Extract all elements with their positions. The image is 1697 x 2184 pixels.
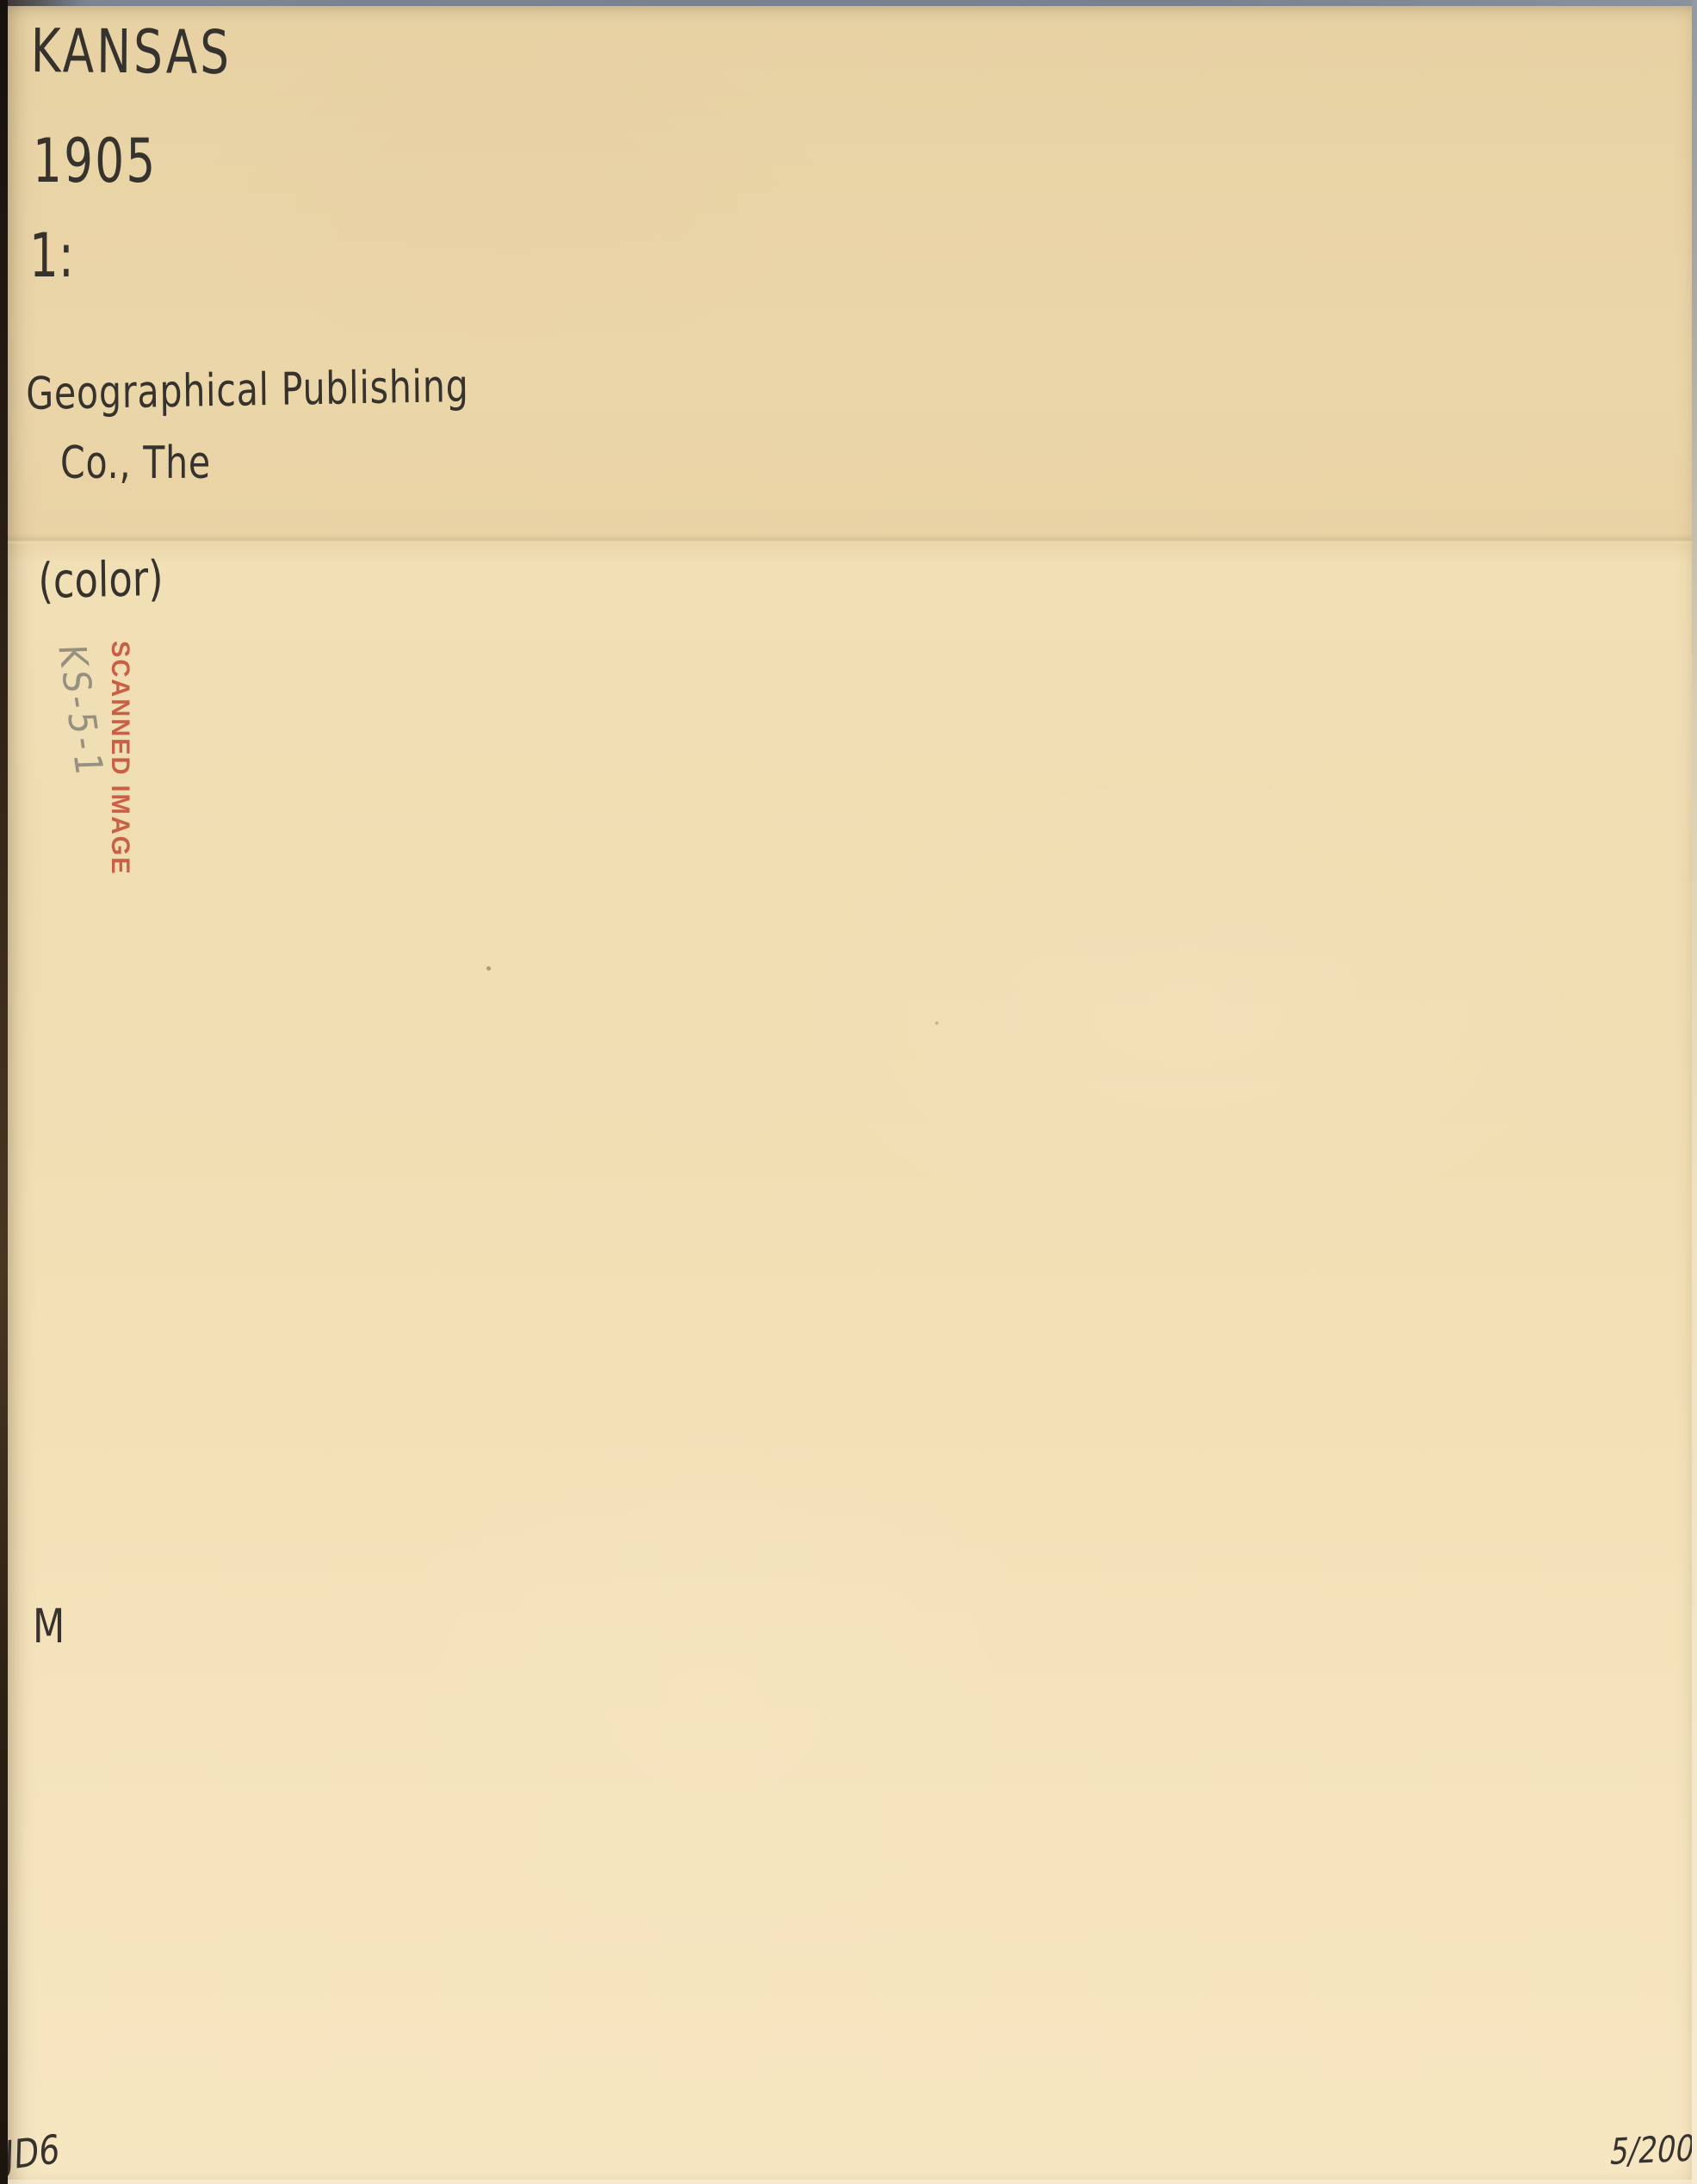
year-label: 1905 bbox=[33, 131, 158, 191]
paper-background bbox=[8, 6, 1692, 2184]
paper-speck bbox=[935, 1021, 938, 1025]
scanned-image-stamp: SCANNED IMAGE bbox=[107, 641, 133, 876]
scanned-folder-cover: KANSAS 1905 1: Geographical Publishing C… bbox=[0, 0, 1697, 2184]
section-letter: M bbox=[33, 1604, 65, 1650]
scan-edge-top bbox=[0, 0, 1697, 6]
scale-note: 1: bbox=[29, 226, 74, 286]
scan-edge-right bbox=[1692, 0, 1697, 2184]
paper-speck bbox=[486, 966, 491, 971]
state-label: KANSAS bbox=[31, 21, 232, 83]
publisher-name-line1: Geographical Publishing bbox=[26, 364, 469, 417]
scan-date: 5/2005 bbox=[1607, 2130, 1697, 2170]
paper-crease bbox=[8, 534, 1692, 544]
binding-edge-left bbox=[0, 0, 8, 2184]
color-note: (color) bbox=[38, 555, 164, 606]
cataloger-initials: JD6 bbox=[4, 2129, 60, 2176]
paper-bottom-edge bbox=[8, 2180, 1692, 2184]
publisher-name-line2: Co., The bbox=[60, 441, 211, 486]
